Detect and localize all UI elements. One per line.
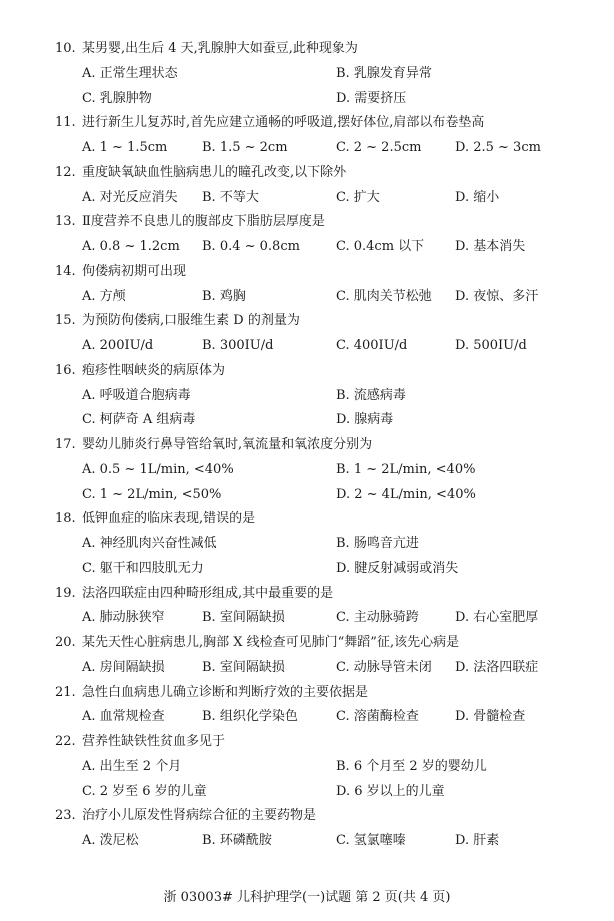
option-c: C. 扩大 bbox=[336, 188, 380, 208]
question-stem: 23.治疗小儿原发性肾病综合征的主要药物是 bbox=[55, 806, 316, 826]
option-d: D. 2.5 ~ 3cm bbox=[455, 138, 541, 158]
option-a: A. 神经肌肉兴奋性减低 bbox=[82, 534, 217, 554]
option-d: D. 6 岁以上的儿童 bbox=[336, 782, 445, 802]
question-number: 14. bbox=[55, 262, 82, 282]
option-a: A. 肺动脉狭窄 bbox=[82, 608, 165, 628]
option-a: A. 0.5 ~ 1L/min, <40% bbox=[82, 460, 234, 480]
question-stem: 18.低钾血症的临床表现,错误的是 bbox=[55, 509, 255, 529]
question-text: 为预防佝偻病,口服维生素 D 的剂量为 bbox=[82, 313, 300, 328]
option-c: C. 乳腺肿物 bbox=[82, 89, 152, 109]
option-a: A. 0.8 ~ 1.2cm bbox=[82, 237, 180, 257]
question-number: 16. bbox=[55, 361, 82, 381]
option-d: D. 缩小 bbox=[455, 188, 499, 208]
exam-page: 10.某男婴,出生后 4 天,乳腺肿大如蚕豆,此种现象为A. 正常生理状态B. … bbox=[0, 0, 614, 921]
option-c: C. 2 ~ 2.5cm bbox=[336, 138, 421, 158]
question-number: 15. bbox=[55, 311, 82, 331]
option-a: A. 200IU/d bbox=[82, 336, 153, 356]
question-number: 19. bbox=[55, 584, 82, 604]
question-text: 疱疹性咽峡炎的病原体为 bbox=[82, 363, 225, 378]
option-d: D. 法洛四联症 bbox=[455, 658, 538, 678]
question-text: Ⅱ度营养不良患儿的腹部皮下脂肪层厚度是 bbox=[82, 214, 325, 229]
option-d: D. 肝素 bbox=[455, 831, 499, 851]
option-c: C. 主动脉骑跨 bbox=[336, 608, 419, 628]
question-stem: 16.疱疹性咽峡炎的病原体为 bbox=[55, 361, 225, 381]
option-c: C. 氢氯噻嗪 bbox=[336, 831, 406, 851]
option-c: C. 柯萨奇 A 组病毒 bbox=[82, 410, 195, 430]
question-text: 法洛四联症由四种畸形组成,其中最重要的是 bbox=[82, 586, 333, 601]
question-text: 低钾血症的临床表现,错误的是 bbox=[82, 511, 255, 526]
option-b: B. 1.5 ~ 2cm bbox=[202, 138, 288, 158]
page-footer: 浙 03003# 儿科护理学(一)试题 第 2 页(共 4 页) bbox=[0, 886, 614, 905]
question-text: 某男婴,出生后 4 天,乳腺肿大如蚕豆,此种现象为 bbox=[82, 41, 358, 56]
option-b: B. 不等大 bbox=[202, 188, 259, 208]
question-stem: 21.急性白血病患儿确立诊断和判断疗效的主要依据是 bbox=[55, 683, 368, 703]
option-b: B. 室间隔缺损 bbox=[202, 608, 285, 628]
question-text: 急性白血病患儿确立诊断和判断疗效的主要依据是 bbox=[82, 685, 368, 700]
option-b: B. 1 ~ 2L/min, <40% bbox=[336, 460, 475, 480]
option-a: A. 正常生理状态 bbox=[82, 64, 178, 84]
question-number: 13. bbox=[55, 212, 82, 232]
question-number: 17. bbox=[55, 435, 82, 455]
option-d: D. 腺病毒 bbox=[336, 410, 393, 430]
option-c: C. 溶菌酶检查 bbox=[336, 707, 419, 727]
option-c: C. 2 岁至 6 岁的儿童 bbox=[82, 782, 207, 802]
question-number: 23. bbox=[55, 806, 82, 826]
option-a: A. 1 ~ 1.5cm bbox=[82, 138, 167, 158]
option-c: C. 400IU/d bbox=[336, 336, 407, 356]
question-stem: 15.为预防佝偻病,口服维生素 D 的剂量为 bbox=[55, 311, 300, 331]
option-d: D. 需要挤压 bbox=[336, 89, 406, 109]
option-d: D. 基本消失 bbox=[455, 237, 525, 257]
option-a: A. 泼尼松 bbox=[82, 831, 139, 851]
question-stem: 22.营养性缺铁性贫血多见于 bbox=[55, 732, 225, 752]
question-stem: 14.佝偻病初期可出现 bbox=[55, 262, 186, 282]
question-number: 18. bbox=[55, 509, 82, 529]
option-a: A. 房间隔缺损 bbox=[82, 658, 165, 678]
option-b: B. 乳腺发育异常 bbox=[336, 64, 432, 84]
question-number: 12. bbox=[55, 163, 82, 183]
question-stem: 17.婴幼儿肺炎行鼻导管给氧时,氧流量和氧浓度分别为 bbox=[55, 435, 372, 455]
option-a: A. 方颅 bbox=[82, 287, 126, 307]
question-stem: 19.法洛四联症由四种畸形组成,其中最重要的是 bbox=[55, 584, 333, 604]
option-a: A. 呼吸道合胞病毒 bbox=[82, 386, 191, 406]
option-c: C. 0.4cm 以下 bbox=[336, 237, 424, 257]
question-number: 20. bbox=[55, 633, 82, 653]
option-b: B. 肠鸣音亢进 bbox=[336, 534, 419, 554]
option-b: B. 鸡胸 bbox=[202, 287, 246, 307]
option-a: A. 血常规检查 bbox=[82, 707, 165, 727]
question-stem: 20.某先天性心脏病患儿,胸部 X 线检查可见肺门“舞蹈”征,该先心病是 bbox=[55, 633, 459, 653]
option-b: B. 组织化学染色 bbox=[202, 707, 298, 727]
option-c: C. 动脉导管未闭 bbox=[336, 658, 432, 678]
option-a: A. 对光反应消失 bbox=[82, 188, 178, 208]
option-d: D. 腱反射减弱或消失 bbox=[336, 559, 458, 579]
option-d: D. 500IU/d bbox=[455, 336, 527, 356]
question-text: 进行新生儿复苏时,首先应建立通畅的呼吸道,摆好体位,肩部以布卷垫高 bbox=[82, 115, 484, 130]
question-number: 21. bbox=[55, 683, 82, 703]
option-b: B. 0.4 ~ 0.8cm bbox=[202, 237, 300, 257]
question-stem: 10.某男婴,出生后 4 天,乳腺肿大如蚕豆,此种现象为 bbox=[55, 39, 358, 59]
option-c: C. 躯干和四肢肌无力 bbox=[82, 559, 204, 579]
question-number: 22. bbox=[55, 732, 82, 752]
option-b: B. 室间隔缺损 bbox=[202, 658, 285, 678]
option-d: D. 骨髓检查 bbox=[455, 707, 525, 727]
question-number: 11. bbox=[55, 113, 82, 133]
question-text: 营养性缺铁性贫血多见于 bbox=[82, 734, 225, 749]
option-b: B. 流感病毒 bbox=[336, 386, 406, 406]
option-b: B. 环磷酰胺 bbox=[202, 831, 272, 851]
question-text: 治疗小儿原发性肾病综合征的主要药物是 bbox=[82, 808, 316, 823]
question-text: 佝偻病初期可出现 bbox=[82, 264, 186, 279]
question-text: 某先天性心脏病患儿,胸部 X 线检查可见肺门“舞蹈”征,该先心病是 bbox=[82, 635, 459, 650]
option-d: D. 右心室肥厚 bbox=[455, 608, 538, 628]
question-stem: 11.进行新生儿复苏时,首先应建立通畅的呼吸道,摆好体位,肩部以布卷垫高 bbox=[55, 113, 484, 133]
question-stem: 13.Ⅱ度营养不良患儿的腹部皮下脂肪层厚度是 bbox=[55, 212, 325, 232]
question-text: 重度缺氧缺血性脑病患儿的瞳孔改变,以下除外 bbox=[82, 165, 346, 180]
option-b: B. 6 个月至 2 岁的婴幼儿 bbox=[336, 757, 487, 777]
option-c: C. 肌肉关节松弛 bbox=[336, 287, 432, 307]
question-stem: 12.重度缺氧缺血性脑病患儿的瞳孔改变,以下除外 bbox=[55, 163, 346, 183]
option-d: D. 夜惊、多汗 bbox=[455, 287, 538, 307]
question-number: 10. bbox=[55, 39, 82, 59]
question-text: 婴幼儿肺炎行鼻导管给氧时,氧流量和氧浓度分别为 bbox=[82, 437, 372, 452]
option-d: D. 2 ~ 4L/min, <40% bbox=[336, 485, 476, 505]
option-a: A. 出生至 2 个月 bbox=[82, 757, 181, 777]
option-b: B. 300IU/d bbox=[202, 336, 273, 356]
option-c: C. 1 ~ 2L/min, <50% bbox=[82, 485, 221, 505]
